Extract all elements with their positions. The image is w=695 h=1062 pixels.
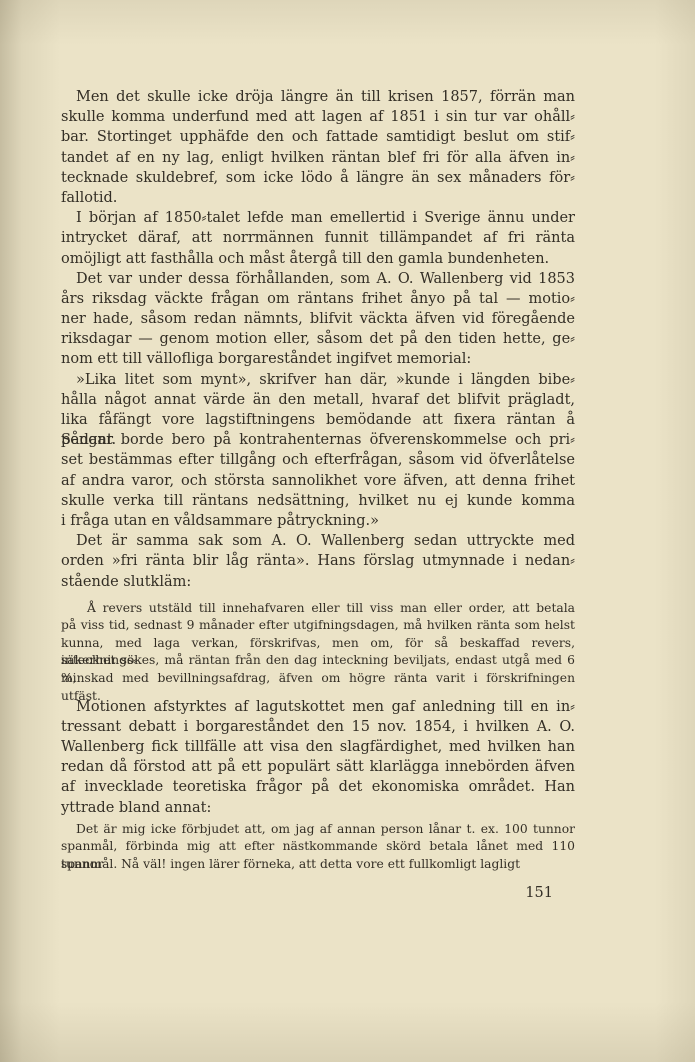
text-line: tressant debatt i borgareståndet den 15 … — [61, 717, 575, 737]
text-line: af invecklade teoretiska frågor på det e… — [61, 777, 575, 797]
paragraph-5: Det är samma sak som A. O. Wallenberg se… — [61, 531, 575, 592]
text-line: redan då förstod att på ett populärt sät… — [61, 757, 575, 777]
text-line: Det är samma sak som A. O. Wallenberg se… — [61, 531, 575, 551]
text-block: Men det skulle icke dröja längre än till… — [61, 87, 575, 903]
page-number-row: 151 — [61, 883, 575, 903]
text-line: spanmål, förbinda mig att efter nästkomm… — [61, 838, 575, 856]
text-line: i fråga utan en våldsammare påtryckning.… — [61, 511, 575, 531]
text-line: stående slutkläm: — [61, 572, 575, 592]
text-line: Wallenberg fick tillfälle att visa den s… — [61, 737, 575, 757]
text-line: Motionen afstyrktes af lagutskottet men … — [61, 697, 575, 717]
text-line: orden »fri ränta blir låg ränta». Hans f… — [61, 551, 575, 571]
text-line: Det är mig icke förbjudet att, om jag af… — [61, 821, 575, 839]
text-line: skulle verka till räntans nedsättning, h… — [61, 491, 575, 511]
paragraph-3: Det var under dessa förhållanden, som A.… — [61, 269, 575, 370]
text-line: Det var under dessa förhållanden, som A.… — [61, 269, 575, 289]
text-line: minskad med bevillningsafdrag, äfven om … — [61, 670, 575, 688]
text-line: spanmål. Nå väl! ingen lärer förneka, at… — [61, 856, 575, 874]
text-line: set bestämmas efter tillgång och efterfr… — [61, 450, 575, 470]
text-line: yttrade bland annat: — [61, 798, 575, 818]
paragraph-4-quote-memorial: »Lika litet som mynt», skrifver han där,… — [61, 370, 575, 532]
text-line: Å revers utstäld till innehafvaren eller… — [61, 600, 575, 618]
text-line: »Lika litet som mynt», skrifver han där,… — [61, 370, 575, 390]
text-line: lika fåfängt vore lagstiftningens bemöda… — [61, 410, 575, 430]
text-line: skulle komma underfund med att lagen af … — [61, 107, 575, 127]
text-line: Sådant borde bero på kontrahenternas öfv… — [61, 430, 575, 450]
text-line: bar. Stortinget upphäfde den och fattade… — [61, 127, 575, 147]
text-line: nom ett till vällofliga borgareståndet i… — [61, 349, 575, 369]
text-line: hålla något annat värde än den metall, h… — [61, 390, 575, 410]
paragraph-1: Men det skulle icke dröja längre än till… — [61, 87, 575, 208]
text-line: tecknade skuldebref, som icke lödo å län… — [61, 168, 575, 188]
text-line: på viss tid, sednast 9 månader efter utg… — [61, 617, 575, 635]
text-line: intrycket däraf, att norrmännen funnit t… — [61, 228, 575, 248]
small-print-resolution: Å revers utstäld till innehafvaren eller… — [61, 600, 575, 688]
text-line: ner hade, såsom redan nämnts, blifvit vä… — [61, 309, 575, 329]
text-line: Men det skulle icke dröja längre än till… — [61, 87, 575, 107]
text-line: fallotid. — [61, 188, 575, 208]
text-line: säkerhet sökes, må räntan från den dag i… — [61, 652, 575, 670]
text-line: kunna, med laga verkan, förskrifvas, men… — [61, 635, 575, 653]
text-line: omöjligt att fasthålla och måst återgå t… — [61, 249, 575, 269]
text-line: års riksdag väckte frågan om räntans fri… — [61, 289, 575, 309]
text-line: tandet af en ny lag, enligt hvilken ränt… — [61, 148, 575, 168]
book-page-scan: { "page": { "number": "151", "paper_colo… — [0, 0, 695, 1062]
text-line: I början af 1850⸗talet lefde man emeller… — [61, 208, 575, 228]
paragraph-6: Motionen afstyrktes af lagutskottet men … — [61, 697, 575, 818]
page-number: 151 — [525, 885, 553, 901]
text-line: riksdagar — genom motion eller, såsom de… — [61, 329, 575, 349]
text-line: af andra varor, och största sannolikhet … — [61, 471, 575, 491]
small-print-speech: Det är mig icke förbjudet att, om jag af… — [61, 821, 575, 874]
paragraph-2: I början af 1850⸗talet lefde man emeller… — [61, 208, 575, 269]
